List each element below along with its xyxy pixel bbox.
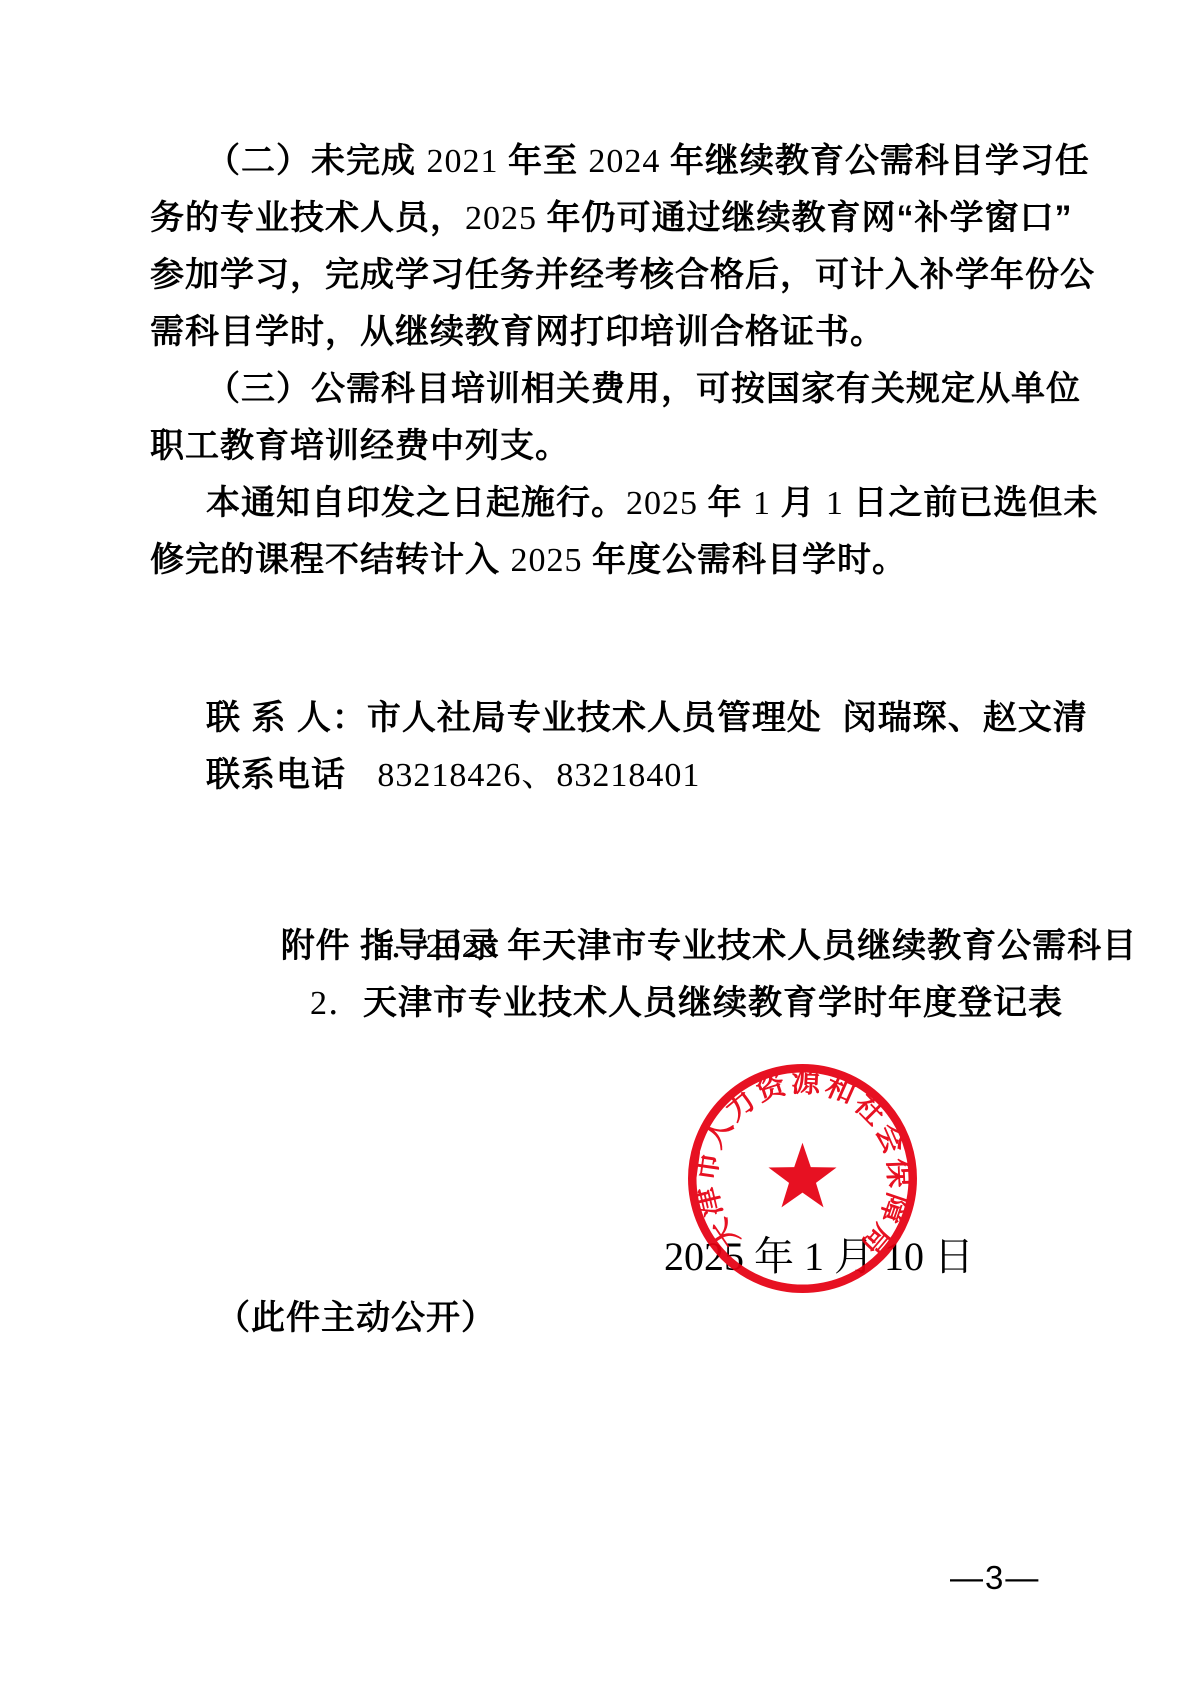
seal-star-icon [768, 1143, 836, 1208]
body-line: 本通知自印发之日起施行。2025 年 1 月 1 日之前已选但未 [150, 475, 1030, 532]
body-paragraphs: （二）未完成 2021 年至 2024 年继续教育公需科目学习任务的专业技术人员… [150, 133, 1030, 589]
body-line: （三）公需科目培训相关费用，可按国家有关规定从单位 [150, 361, 1030, 418]
contact-person-line: 联 系 人：市人社局专业技术人员管理处 闵瑞琛、赵文清 [150, 690, 1030, 747]
disclosure-note: （此件主动公开） [216, 1290, 496, 1347]
attachments-block: 附件1．2025 年天津市专业技术人员继续教育公需科目 指导目录 2．天津市专业… [150, 861, 1030, 1032]
body-line: 务的专业技术人员，2025 年仍可通过继续教育网“补学窗口” [150, 190, 1030, 247]
attachment-item-1: 附件1．2025 年天津市专业技术人员继续教育公需科目 [150, 861, 1030, 918]
attachments-label: 附件 [281, 927, 351, 965]
body-line: 职工教育培训经费中列支。 [150, 418, 1030, 475]
body-line: 修完的课程不结转计入 2025 年度公需科目学时。 [150, 532, 1030, 589]
attachment-item-2: 2．天津市专业技术人员继续教育学时年度登记表 [150, 975, 1030, 1032]
document-page: （二）未完成 2021 年至 2024 年继续教育公需科目学习任务的专业技术人员… [0, 0, 1191, 1684]
body-line: （二）未完成 2021 年至 2024 年继续教育公需科目学习任 [150, 133, 1030, 190]
page-number: —3— [950, 1558, 1040, 1598]
body-line: 需科目学时，从继续教育网打印培训合格证书。 [150, 304, 1030, 361]
contact-block: 联 系 人：市人社局专业技术人员管理处 闵瑞琛、赵文清 联系电话 8321842… [150, 690, 1030, 804]
body-line: 参加学习，完成学习任务并经考核合格后，可计入补学年份公 [150, 247, 1030, 304]
contact-phone-line: 联系电话 83218426、83218401 [150, 747, 1030, 804]
official-seal: 天津市人力资源和社会保障局 [680, 1056, 925, 1301]
